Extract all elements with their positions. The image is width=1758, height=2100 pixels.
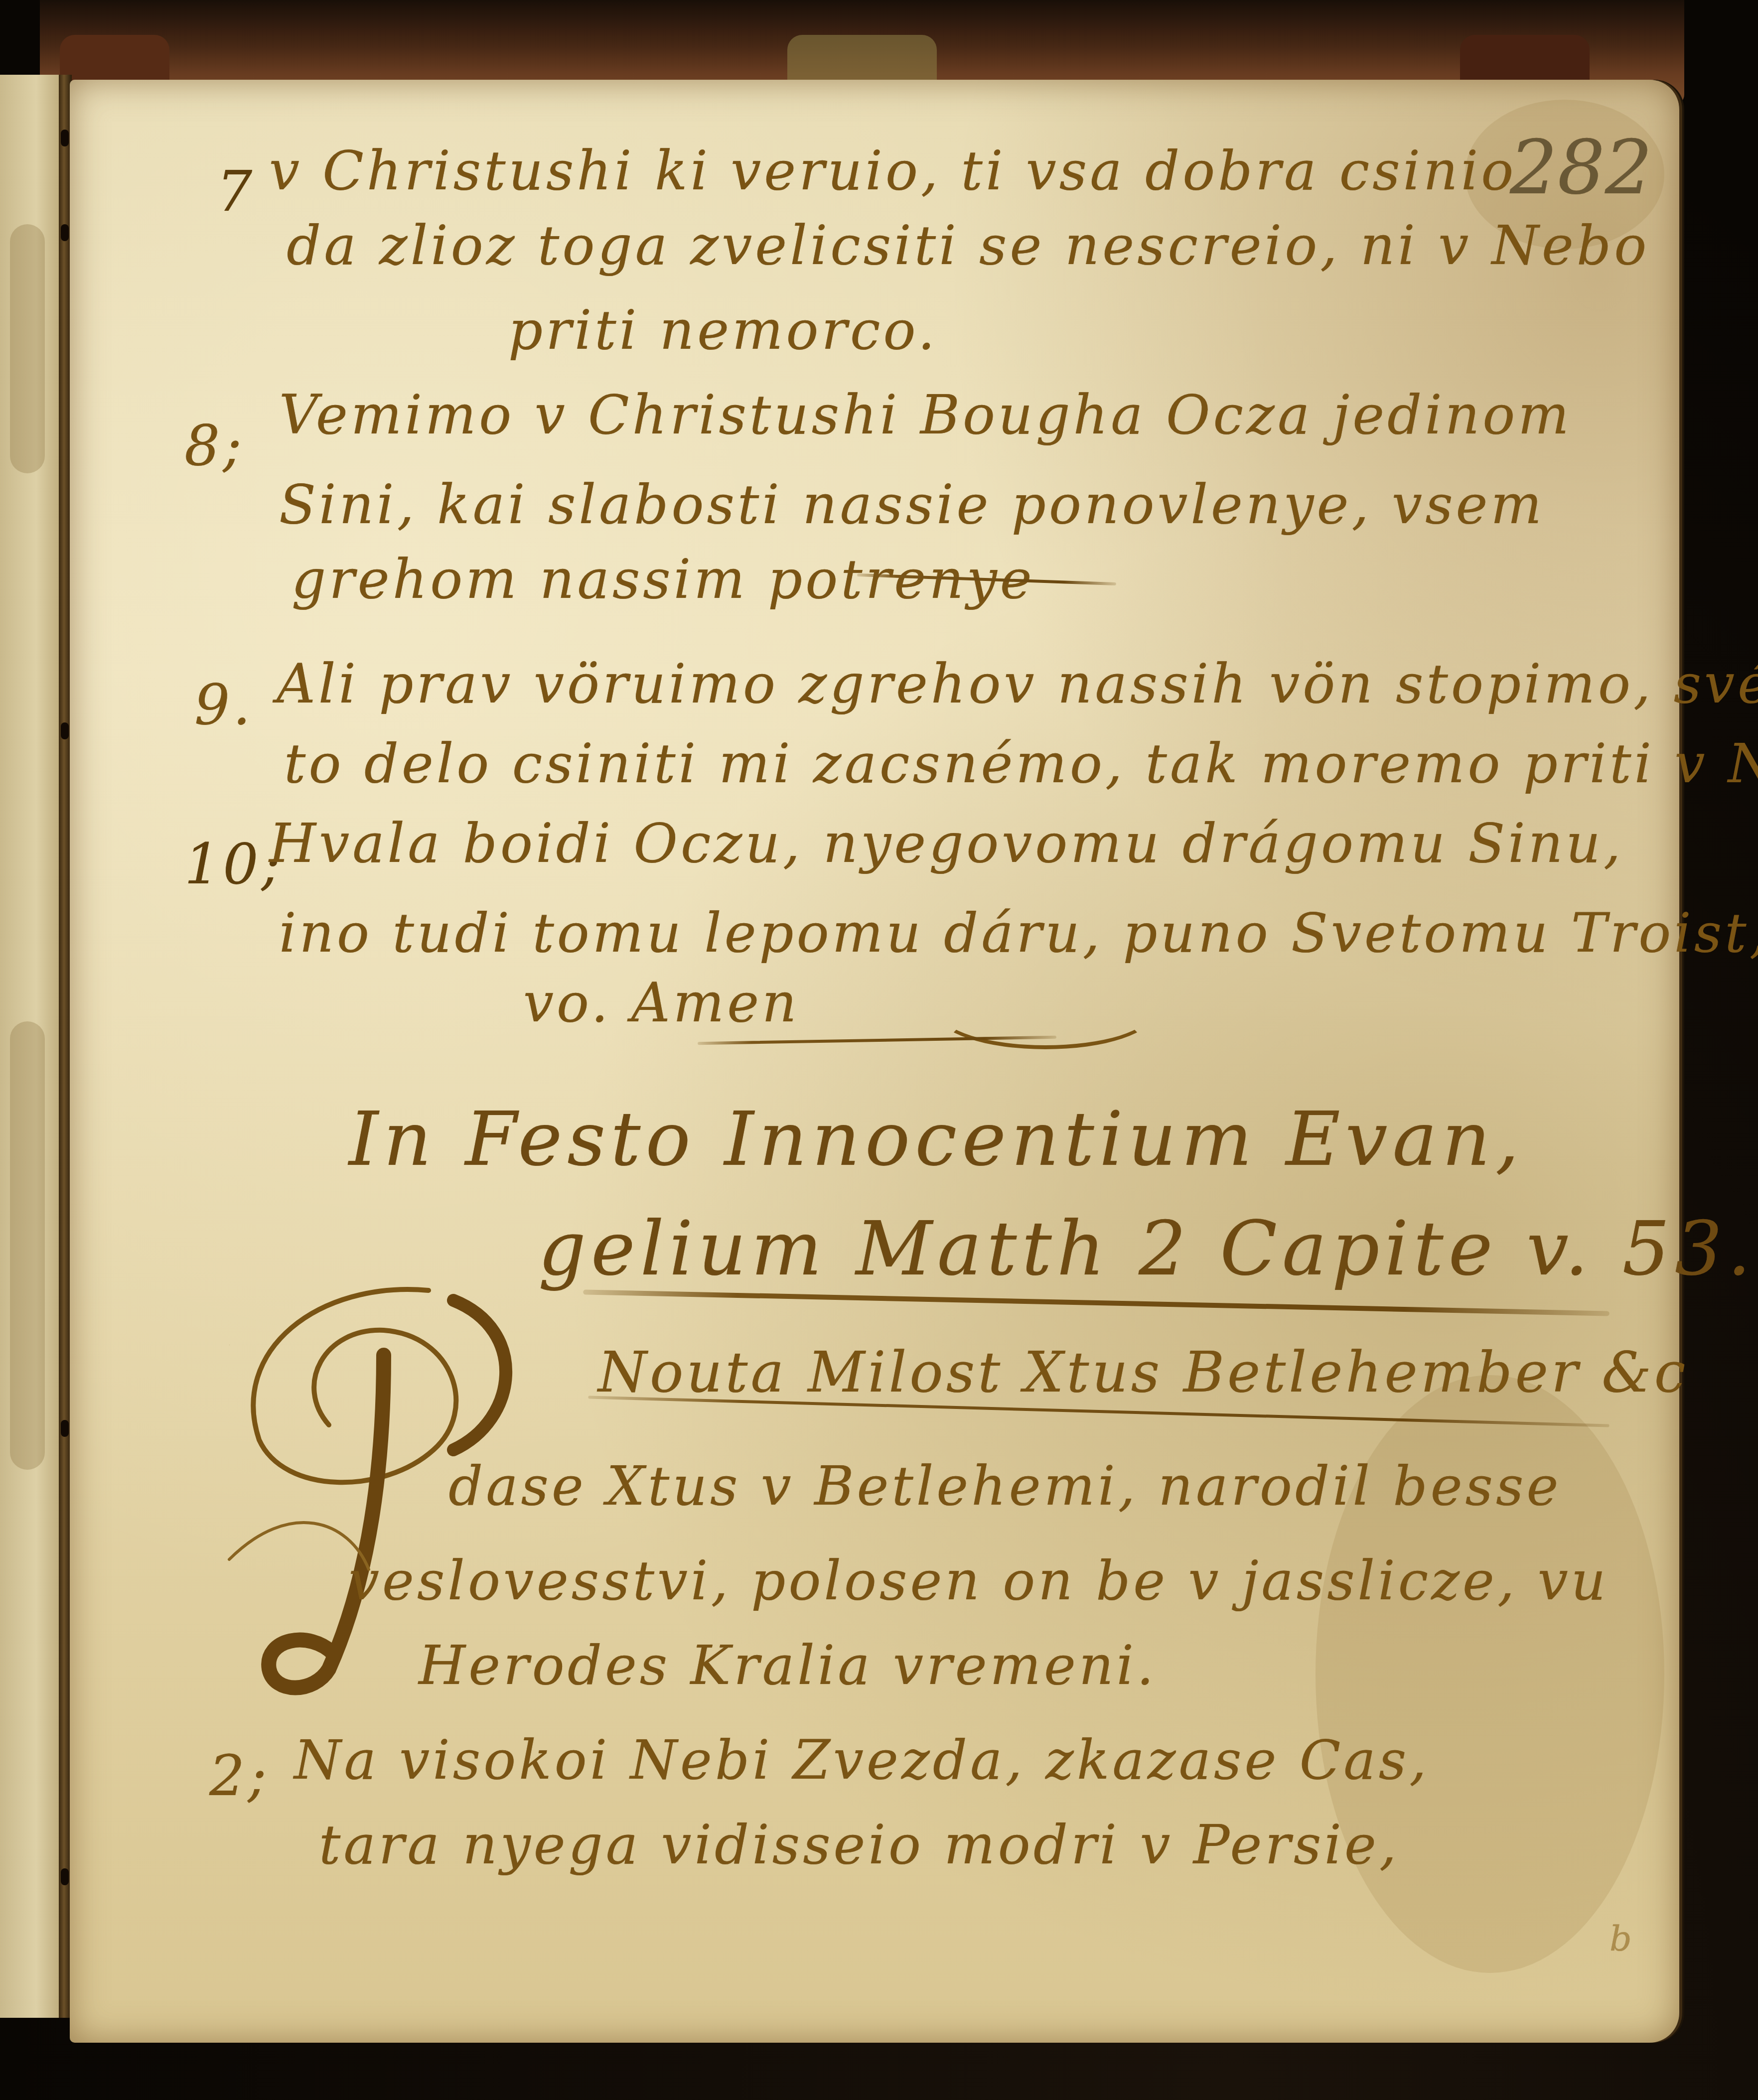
hymn-line: veslovesstvi, polosen on be v jasslicze,… (349, 1554, 1609, 1608)
verse-number: 7 (217, 159, 255, 224)
verse-line: ino tudi tomu lepomu dáru, puno Svetomu … (279, 907, 1758, 961)
hymn-line: Na visokoi Nebi Zvezda, zkazase Cas, (294, 1734, 1430, 1788)
feast-heading: In Festo Innocentium Evan, (349, 1096, 1524, 1183)
verse-line: grehom nassim potrenye (292, 553, 1035, 607)
hymn-line: tara nyega vidisseio modri v Persie, (319, 1819, 1399, 1872)
verse-line: v Christushi ki veruio, ti vsa dobra csi… (269, 144, 1516, 198)
initial-letter: P (229, 1345, 233, 1346)
verse-line: Sini, kai slabosti nassie ponovlenye, vs… (279, 478, 1545, 532)
hymn-line: dase Xtus v Betlehemi, narodil besse (448, 1460, 1561, 1514)
verse-line: Ali prav vöruimo zgrehov nassih vön stop… (277, 658, 1758, 711)
feast-heading: gelium Matth 2 Capite v. 53. (538, 1206, 1756, 1292)
verse-line: priti nemorco. (508, 304, 938, 358)
water-stain (10, 1021, 45, 1470)
verse-line: Hvala boidi Oczu, nyegovomu drágomu Sinu… (269, 817, 1623, 871)
water-stain (10, 224, 45, 473)
verse-line: to delo csiniti mi zacsnémo, tak moremo … (284, 737, 1758, 791)
verse-line: vo. Amen (523, 977, 800, 1030)
verse-number: 10; (184, 832, 283, 897)
hymn-title: Nouta Milost Xtus Betlehember &c (598, 1340, 1689, 1405)
verse-line: Vemimo v Christushi Bougha Ocza jedinom (279, 389, 1572, 442)
verse-number: 8; (184, 414, 245, 478)
page-number: 282 (1510, 125, 1652, 211)
sewing-hole (61, 722, 69, 739)
sewing-hole (61, 1868, 69, 1885)
verse-number: 9. (194, 673, 254, 737)
facing-page-edge (0, 75, 66, 2018)
verse-line: da zlioz toga zvelicsiti se nescreio, ni… (287, 219, 1649, 273)
marginal-mark: b (1610, 1918, 1635, 1959)
sewing-hole (61, 1420, 69, 1437)
hymn-line: Herodes Kralia vremeni. (419, 1639, 1157, 1693)
verse-number: 2; (209, 1744, 270, 1809)
sewing-hole (61, 224, 69, 241)
sewing-hole (61, 130, 69, 146)
